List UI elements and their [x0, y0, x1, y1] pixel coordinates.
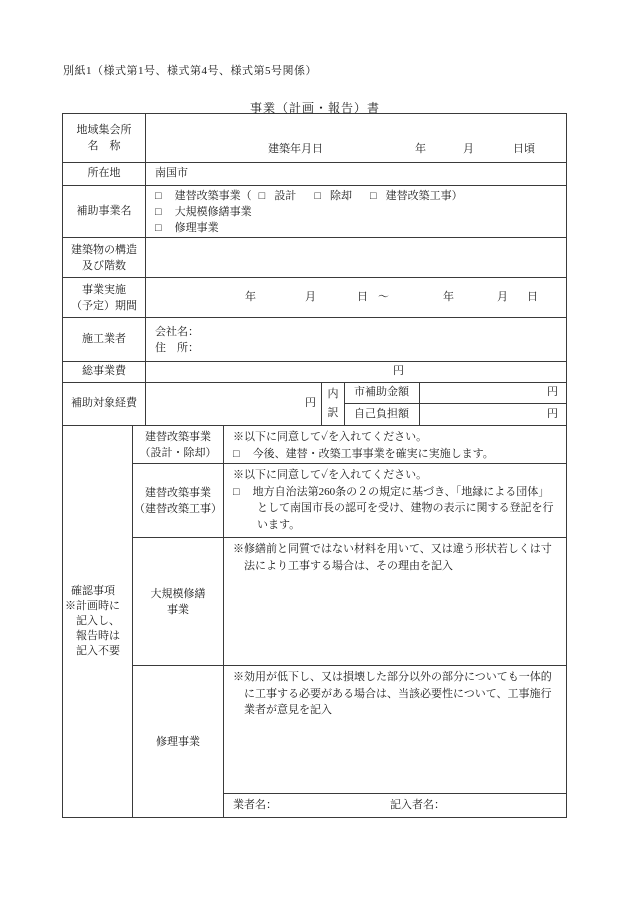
checkbox-design-icon[interactable]: □ [259, 188, 266, 204]
row-subsidy-cost: 補助対象経費 円 内 訳 市補助金額 円 [63, 383, 566, 426]
row-subsidy-name: 補助事業名 □建替改築事業（□設計□除却□建替改築工事） □大規模修繕事業 □修… [63, 186, 566, 238]
row-facility-name: 地域集会所 名 称 建築年月日 年 月 日頃 [63, 114, 566, 163]
self-pay-value: 円 [420, 404, 566, 425]
company-name-label: 会社名： [155, 324, 566, 340]
yen-unit: 円 [393, 364, 404, 379]
facility-name-label: 地域集会所 名 称 [63, 114, 146, 162]
checkbox-rebuild-icon[interactable]: □ [155, 188, 162, 204]
subsidy-options: □建替改築事業（□設計□除却□建替改築工事） □大規模修繕事業 □修理事業 [146, 186, 566, 237]
structure-field [146, 238, 566, 277]
subsidy-cost-field: 円 内 訳 市補助金額 円 自己負担額 [146, 383, 566, 425]
confirmation-body: 建替改築事業 （設計・除却） ※以下に同意して✓を入れてください。 □今後、建替… [133, 426, 566, 817]
confirmation-rebuild-design-row: 建替改築事業 （設計・除却） ※以下に同意して✓を入れてください。 □今後、建替… [133, 426, 566, 464]
city-subsidy-label: 市補助金額 [345, 383, 420, 403]
option-repair: □修理事業 [155, 220, 566, 236]
city-subsidy-value: 円 [420, 383, 566, 403]
option-rebuild: □建替改築事業（□設計□除却□建替改築工事） [155, 188, 566, 204]
checkbox-consent-work-icon[interactable]: □ [233, 484, 240, 501]
built-date-label: 建築年月日 [268, 142, 323, 157]
consent-note: ※以下に同意して✓を入れてください。 [233, 467, 558, 484]
self-pay-label: 自己負担額 [345, 404, 420, 425]
row-structure: 建築物の構造 及び階数 [63, 238, 566, 278]
checkbox-major-repair-icon[interactable]: □ [155, 204, 162, 220]
period-field: 年 月 日 ～ 年 月 日 [146, 278, 566, 317]
location-value: 南国市 [146, 163, 566, 185]
subsidy-cost-value: 円 [146, 383, 322, 425]
consent-item: □今後、建替・改築工事事業を確実に実施します。 [233, 446, 558, 463]
breakdown-table: 市補助金額 円 自己負担額 円 [345, 383, 566, 425]
row-contractor: 施工業者 会社名： 住 所： [63, 318, 566, 362]
contractor-label: 施工業者 [63, 318, 146, 361]
form-page: 別紙1（様式第1号、様式第4号、様式第5号関係） 事業（計画・報告）書 地域集会… [0, 0, 630, 903]
company-address-label: 住 所： [155, 340, 566, 356]
yen-unit: 円 [547, 385, 558, 400]
row-confirmation: 確認事項 ※計画時に 記入し、 報告時は 記入不要 建替改築事業 （設計・除却）… [63, 426, 566, 817]
facility-name-field: 建築年月日 年 月 日頃 [146, 114, 566, 162]
checkbox-repair-icon[interactable]: □ [155, 220, 162, 236]
confirmation-repair-row: 修理事業 ※効用が低下し、又は損壊した部分以外の部分についても一体的 に工事する… [133, 666, 566, 817]
location-label: 所在地 [63, 163, 146, 185]
repair-footer: 業者名： 記入者名： [224, 793, 566, 817]
total-cost-label: 総事業費 [63, 362, 146, 382]
rebuild-design-label: 建替改築事業 （設計・除却） [133, 426, 224, 463]
breakdown-label: 内 訳 [322, 383, 345, 425]
repair-note-area: ※効用が低下し、又は損壊した部分以外の部分についても一体的 に工事する必要がある… [224, 666, 566, 793]
confirmation-major-repair-row: 大規模修繕 事業 ※修繕前と同質ではない材料を用いて、又は違う形状若しくは寸 法… [133, 538, 566, 666]
rebuild-work-content: ※以下に同意して✓を入れてください。 □地方自治法第260条の２の規定に基づき、… [224, 464, 566, 537]
major-repair-label: 大規模修繕 事業 [133, 538, 224, 665]
contractor-field: 会社名： 住 所： [146, 318, 566, 361]
confirmation-rebuild-work-row: 建替改築事業 （建替改築工事） ※以下に同意して✓を入れてください。 □地方自治… [133, 464, 566, 538]
rebuild-work-label: 建替改築事業 （建替改築工事） [133, 464, 224, 537]
total-cost-field: 円 [146, 362, 566, 382]
repair-content: ※効用が低下し、又は損壊した部分以外の部分についても一体的 に工事する必要がある… [224, 666, 566, 817]
checkbox-rebuild-work-icon[interactable]: □ [370, 188, 377, 204]
consent-item: □地方自治法第260条の２の規定に基づき、「地縁による団体」 [233, 484, 558, 501]
yen-unit: 円 [305, 396, 316, 411]
major-repair-content: ※修繕前と同質ではない材料を用いて、又は違う形状若しくは寸 法により工事する場合… [224, 538, 566, 665]
vendor-name-label: 業者名： [233, 798, 277, 813]
repair-label: 修理事業 [133, 666, 224, 817]
checkbox-demolition-icon[interactable]: □ [314, 188, 321, 204]
city-subsidy-row: 市補助金額 円 [345, 383, 566, 404]
attachment-note: 別紙1（様式第1号、様式第4号、様式第5号関係） [63, 62, 317, 78]
writer-name-label: 記入者名： [390, 798, 445, 813]
form-table: 地域集会所 名 称 建築年月日 年 月 日頃 所在地 南国市 補助事業名 □建替… [62, 113, 567, 818]
consent-note: ※以下に同意して✓を入れてください。 [233, 429, 558, 446]
row-period: 事業実施 （予定）期間 年 月 日 ～ 年 月 日 [63, 278, 566, 318]
yen-unit: 円 [547, 407, 558, 422]
row-location: 所在地 南国市 [63, 163, 566, 186]
structure-label: 建築物の構造 及び階数 [63, 238, 146, 277]
period-label: 事業実施 （予定）期間 [63, 278, 146, 317]
confirmation-header: 確認事項 ※計画時に 記入し、 報告時は 記入不要 [63, 426, 133, 817]
checkbox-consent-design-icon[interactable]: □ [233, 446, 240, 463]
option-major-repair: □大規模修繕事業 [155, 204, 566, 220]
self-pay-row: 自己負担額 円 [345, 404, 566, 425]
subsidy-cost-label: 補助対象経費 [63, 383, 146, 425]
row-total-cost: 総事業費 円 [63, 362, 566, 383]
rebuild-design-content: ※以下に同意して✓を入れてください。 □今後、建替・改築工事事業を確実に実施しま… [224, 426, 566, 463]
subsidy-name-label: 補助事業名 [63, 186, 146, 237]
